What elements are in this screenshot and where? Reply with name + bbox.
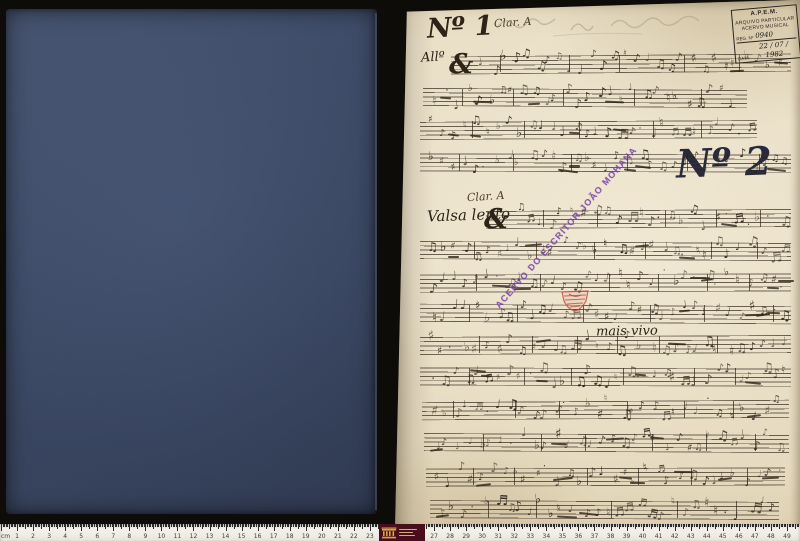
note-glyph: ♭	[483, 312, 492, 327]
note-glyph: ♭	[448, 500, 455, 513]
note-glyph: ♬	[623, 501, 635, 514]
scanned-manuscript: Nº 1 Clar. A Allº Nº 2 Valsa lento Clar.…	[0, 0, 800, 541]
stamp-reg-number: 0940	[755, 30, 774, 40]
note-glyph: ♪	[637, 401, 644, 412]
note-glyph: ♮	[712, 504, 718, 518]
ruler-unit-label: cm	[1, 533, 10, 540]
note-glyph: ♪	[646, 159, 654, 170]
note-glyph: ♪	[682, 507, 690, 518]
note-glyph: ♬	[781, 243, 792, 255]
note-glyph: ♪	[606, 342, 613, 353]
barline	[609, 274, 610, 291]
note-glyph: ♪	[739, 148, 747, 160]
note-glyph: ♯	[686, 98, 693, 110]
barline	[569, 55, 570, 72]
ruler-number: 35	[556, 533, 568, 540]
barline	[541, 434, 542, 451]
ruler-number: 36	[572, 533, 584, 540]
treble-clef-icon: &	[484, 204, 508, 235]
note-glyph: ♪	[749, 342, 756, 353]
barline	[559, 401, 560, 418]
note-glyph: ♩	[756, 469, 761, 479]
ruler-number: 7	[107, 533, 119, 540]
note-glyph: ♫	[775, 442, 786, 454]
piece-2-instrument: Clar. A	[467, 189, 505, 205]
beam-mark	[778, 280, 794, 282]
ruler-number: 46	[733, 533, 745, 540]
note-glyph: ♪	[594, 509, 601, 519]
note-glyph: ♫	[537, 362, 550, 376]
note-glyph: ♮	[666, 91, 671, 104]
note-glyph: ♫	[746, 235, 761, 251]
note-glyph: ♪	[624, 331, 631, 341]
ruler-number: 19	[300, 533, 312, 540]
barline	[706, 434, 707, 451]
note-glyph: ♯	[497, 249, 502, 260]
note-glyph: ♯	[536, 469, 541, 478]
note-glyph: ♩	[521, 427, 527, 439]
ruler-number: 20	[316, 533, 328, 540]
note-glyph: ♭	[584, 397, 591, 410]
note-glyph: ·	[736, 128, 741, 141]
note-glyph: ♮	[638, 207, 643, 220]
note-glyph: ♪	[647, 216, 656, 230]
ruler-number: 14	[220, 533, 232, 540]
building-icon	[381, 527, 397, 539]
note-glyph: ·	[777, 466, 781, 477]
note-glyph: ♪	[631, 434, 638, 444]
note-glyph: ♬	[732, 212, 746, 227]
ruler-number: 21	[332, 533, 344, 540]
barline	[536, 501, 537, 518]
note-glyph: ♭	[514, 159, 519, 168]
note-glyph: ·	[722, 507, 727, 521]
note-glyph: ♭	[440, 241, 447, 255]
note-glyph: ♮	[603, 394, 608, 404]
note-glyph: ♮	[603, 238, 607, 249]
barline	[638, 468, 639, 485]
ruler-number: 39	[621, 533, 633, 540]
ruler-number: 8	[123, 533, 135, 540]
note-glyph: ♫	[557, 343, 568, 355]
ruler-number: 31	[492, 533, 504, 540]
note-glyph: ♪	[704, 374, 713, 388]
piece-1-tempo: Allº	[421, 49, 446, 65]
note-glyph: ♫	[780, 215, 794, 230]
note-glyph: ♫	[518, 346, 528, 357]
ruler-number: 45	[717, 533, 729, 540]
treble-clef-icon: &	[449, 49, 473, 80]
barline	[760, 210, 761, 227]
note-glyph: ♩	[559, 126, 566, 140]
note-glyph: ♩	[514, 236, 520, 248]
note-glyph: ·	[542, 461, 546, 471]
ruler: cm 1234567891011121314151617181920212223…	[0, 524, 800, 541]
note-glyph: ♩	[497, 436, 502, 445]
barline	[579, 121, 580, 138]
barline	[473, 468, 474, 485]
note-glyph: ♪	[704, 82, 714, 96]
note-glyph: ♫	[567, 469, 576, 479]
note-glyph: ♩	[606, 85, 614, 99]
barline	[571, 154, 572, 171]
barline	[747, 468, 748, 485]
note-glyph: ♪	[485, 245, 492, 255]
note-glyph: ♩	[591, 126, 598, 138]
ruler-number: 44	[701, 533, 713, 540]
note-glyph: ♪	[461, 277, 469, 289]
note-glyph: ·	[431, 373, 436, 387]
note-glyph: ♪	[691, 300, 699, 312]
note-glyph: ♪	[574, 242, 582, 253]
ruler-number: 23	[364, 533, 376, 540]
barline	[665, 210, 666, 227]
note-glyph: ♩	[651, 370, 656, 380]
note-glyph: ♩	[759, 497, 764, 506]
note-glyph: ♩	[664, 443, 670, 453]
note-glyph: ♫	[780, 157, 789, 167]
barline	[540, 274, 541, 291]
note-glyph: ♪	[636, 270, 644, 283]
barline	[658, 274, 659, 291]
stamp-reg-label: REG. Nº	[736, 35, 754, 42]
barline	[645, 242, 646, 259]
barline	[483, 434, 484, 451]
note-glyph: ♪	[627, 300, 635, 312]
note-glyph: ♬	[525, 213, 536, 225]
note-glyph: ♭	[672, 91, 678, 102]
note-glyph: ·	[766, 211, 770, 223]
note-glyph: ♩	[645, 52, 651, 63]
note-glyph: ♭	[582, 242, 587, 252]
badge-text-lines	[399, 529, 417, 537]
note-glyph: ♪	[544, 55, 551, 65]
ruler-number: 41	[653, 533, 665, 540]
note-glyph: ♪	[679, 269, 688, 282]
note-glyph: ♬	[729, 438, 739, 449]
note-glyph: ♪	[458, 461, 465, 473]
barline	[755, 434, 756, 451]
note-glyph: ♫	[688, 469, 700, 482]
note-glyph: ♮	[735, 274, 740, 287]
ruler-number: 33	[524, 533, 536, 540]
barline	[773, 305, 774, 322]
barline	[653, 121, 654, 138]
barline	[684, 401, 685, 418]
ruler-number: 9	[139, 533, 151, 540]
note-glyph: ♫	[427, 241, 439, 254]
barline	[716, 210, 717, 227]
barline	[623, 368, 624, 385]
note-glyph: ♭	[584, 152, 590, 164]
note-glyph: ·	[469, 502, 473, 515]
note-glyph: ♯	[748, 299, 756, 313]
barline	[543, 210, 544, 227]
barline	[469, 305, 470, 322]
note-glyph: ♭	[427, 150, 434, 162]
barline	[515, 401, 516, 418]
ruler-number: 43	[685, 533, 697, 540]
note-glyph: ♯	[438, 156, 444, 166]
note-glyph: ♩	[443, 477, 451, 491]
ruler-number: 34	[540, 533, 552, 540]
ruler-number: 38	[605, 533, 617, 540]
note-glyph: ♯	[668, 371, 675, 384]
ruler-number: 1	[11, 533, 23, 540]
note-glyph: ♫	[690, 498, 702, 511]
note-glyph: ♫	[660, 344, 672, 357]
note-glyph: ♬	[671, 128, 681, 139]
barline	[677, 501, 678, 518]
barline	[736, 501, 737, 518]
barline	[563, 89, 564, 106]
note-glyph: ♩	[467, 438, 472, 447]
ruler-number: 22	[348, 533, 360, 540]
note-glyph: ♯	[520, 474, 526, 485]
ruler-number: 37	[588, 533, 600, 540]
note-glyph: ♪	[761, 156, 769, 168]
ruler-number: 18	[284, 533, 296, 540]
note-glyph: ♫	[528, 278, 538, 290]
note-glyph: ♪	[724, 154, 731, 165]
barline	[717, 336, 718, 353]
note-glyph: ♮	[617, 267, 622, 280]
note-glyph: ♮	[671, 495, 675, 506]
note-glyph: ♮	[692, 126, 696, 137]
note-glyph: ♫	[716, 429, 730, 444]
ruler-number: 32	[508, 533, 520, 540]
note-glyph: ♫	[555, 52, 564, 62]
stamp-date-value: 22 / 07 / 1982	[750, 39, 798, 60]
note-glyph: ♪	[550, 94, 557, 104]
barline	[691, 468, 692, 485]
note-glyph: ♪	[563, 236, 569, 245]
note-glyph: ♫	[714, 409, 724, 420]
note-glyph: ♪	[651, 400, 660, 413]
barline	[634, 89, 635, 106]
note-glyph: ♩	[459, 299, 466, 312]
note-glyph: ♪	[597, 86, 607, 100]
note-glyph: ♭	[636, 339, 642, 351]
barline	[474, 242, 475, 259]
note-glyph: ♮	[463, 121, 467, 131]
barline	[687, 154, 688, 171]
note-glyph: ♩	[583, 330, 592, 345]
barline	[597, 210, 598, 227]
barline	[587, 468, 588, 485]
note-glyph: ♩	[738, 429, 746, 443]
barline	[733, 401, 734, 418]
barline	[701, 89, 702, 106]
note-glyph: ♩	[576, 63, 583, 77]
barline	[472, 121, 473, 138]
barline	[488, 501, 489, 518]
note-glyph: ♪	[753, 441, 761, 454]
red-seal-icon	[559, 288, 591, 314]
note-glyph: ♩	[438, 310, 446, 324]
barline	[659, 336, 660, 353]
barline	[711, 242, 712, 259]
note-glyph: ·	[662, 267, 666, 276]
note-glyph: ♫	[532, 87, 542, 98]
note-glyph: ·	[562, 398, 565, 409]
note-glyph: ♫	[440, 375, 452, 389]
note-glyph: ♪	[768, 503, 775, 514]
stamp-date-label: DATA	[738, 55, 750, 62]
note-glyph: ♯	[592, 160, 597, 170]
barline	[650, 305, 651, 322]
note-glyph: ♪	[506, 365, 515, 379]
note-glyph: ♫	[529, 149, 541, 162]
note-glyph: ♮	[613, 373, 618, 383]
ruler-number: 5	[75, 533, 87, 540]
note-glyph: ♪	[582, 364, 592, 378]
ruler-number: 6	[91, 533, 103, 540]
note-glyph: ♩	[603, 377, 611, 391]
note-glyph: ♫	[658, 161, 669, 173]
note-glyph: ♭	[678, 215, 683, 227]
note-glyph: ♩	[451, 269, 458, 282]
note-glyph: ♪	[455, 407, 463, 420]
note-glyph: ♫	[701, 64, 710, 74]
note-glyph: ♪	[599, 59, 609, 73]
ruler-number: 4	[59, 533, 71, 540]
barline	[694, 368, 695, 385]
ruler-number: 10	[155, 533, 167, 540]
note-glyph: ♩	[780, 336, 786, 348]
note-glyph: ♯	[686, 442, 693, 453]
note-glyph: ♪	[758, 339, 766, 350]
note-glyph: ♭	[441, 409, 446, 419]
beam-mark	[730, 70, 745, 73]
note-glyph: ♩	[658, 311, 664, 324]
note-glyph: ♪	[590, 50, 597, 61]
note-glyph: ♩	[628, 83, 633, 92]
ruler-number: 40	[637, 533, 649, 540]
barline	[577, 336, 578, 353]
note-glyph: ♫	[667, 210, 677, 221]
note-glyph: ♬	[474, 403, 483, 413]
note-glyph: ♩	[536, 219, 541, 228]
note-glyph: ♪	[540, 278, 548, 290]
note-glyph: ♯	[554, 428, 562, 442]
barline	[617, 336, 618, 353]
piece-1-number: Nº 1	[426, 10, 494, 44]
note-glyph: ♫	[603, 206, 613, 217]
note-glyph: ♯	[604, 311, 610, 322]
note-glyph: ♫	[521, 48, 533, 61]
note-glyph: ♩	[598, 464, 605, 477]
barline	[585, 434, 586, 451]
note-glyph: ♪	[678, 472, 685, 482]
note-glyph: ♯	[427, 330, 436, 345]
ruler-number: 48	[765, 533, 777, 540]
note-glyph: ♩	[723, 248, 730, 261]
note-glyph: ♪	[602, 272, 612, 286]
note-glyph: ♪	[574, 99, 582, 112]
barline	[500, 55, 501, 72]
note-glyph: ♪	[603, 126, 613, 140]
note-glyph: ♫	[504, 311, 517, 325]
note-glyph: ♫	[736, 342, 748, 355]
ruler-number: 12	[187, 533, 199, 540]
note-glyph: ♩	[769, 338, 776, 350]
note-glyph: ♫	[518, 84, 530, 97]
barline	[735, 368, 736, 385]
barline	[513, 154, 514, 171]
ruler-number: 47	[749, 533, 761, 540]
note-glyph: ♪	[490, 462, 499, 476]
note-glyph: ♪	[520, 300, 527, 311]
note-glyph: ♪	[441, 438, 447, 448]
note-glyph: ♫	[654, 58, 666, 71]
barline	[611, 501, 612, 518]
barline	[594, 242, 595, 259]
note-glyph: ♩	[735, 243, 740, 253]
note-glyph: ♯	[763, 405, 770, 418]
note-glyph: ♪	[588, 467, 597, 480]
piece-1-instrument: Clar. A	[494, 15, 532, 31]
barline	[513, 89, 514, 106]
note-glyph: ♬	[638, 497, 649, 509]
note-glyph: ♪	[724, 361, 733, 374]
note-glyph: ♮	[658, 117, 664, 131]
note-glyph: ♮	[432, 311, 438, 325]
note-glyph: ♪	[761, 429, 767, 438]
note-glyph: ♩	[494, 399, 501, 411]
note-glyph: ♫	[666, 63, 677, 75]
note-glyph: ♯	[437, 346, 442, 357]
note-glyph: ♫	[516, 203, 526, 214]
note-glyph: ♬	[746, 122, 757, 134]
book-cover	[6, 9, 377, 514]
note-glyph: ·	[778, 281, 783, 293]
barline	[532, 336, 533, 353]
note-glyph: ♪	[564, 83, 574, 97]
barline	[514, 468, 515, 485]
note-glyph: ♪	[538, 409, 547, 423]
ruler-number: 15	[236, 533, 248, 540]
note-glyph: ♯	[471, 343, 477, 356]
note-glyph: ♪	[628, 126, 635, 136]
barline	[701, 121, 702, 138]
barline	[652, 434, 653, 451]
ruler-number: 42	[669, 533, 681, 540]
ruler-number: 29	[460, 533, 472, 540]
note-glyph: ♩	[586, 439, 592, 449]
note-glyph: ♩	[550, 377, 558, 391]
note-glyph: ♪	[614, 213, 623, 226]
barline	[749, 274, 750, 291]
note-glyph: ♫	[694, 443, 704, 454]
barline	[524, 121, 525, 138]
note-glyph: ♪	[702, 161, 710, 174]
barline	[453, 401, 454, 418]
ruler-number: 3	[43, 533, 55, 540]
note-glyph: ♪	[656, 511, 665, 523]
note-glyph: ♪	[701, 476, 710, 489]
note-glyph: ♩	[714, 117, 719, 128]
barline	[479, 336, 480, 353]
barline	[619, 55, 620, 72]
barline	[757, 242, 758, 259]
note-glyph: ♩	[482, 268, 489, 281]
barline	[627, 401, 628, 418]
ruler-number: 11	[171, 533, 183, 540]
note-glyph: ♩	[538, 120, 544, 132]
note-glyph: ♮	[618, 95, 622, 105]
note-glyph: ♩	[594, 273, 600, 284]
